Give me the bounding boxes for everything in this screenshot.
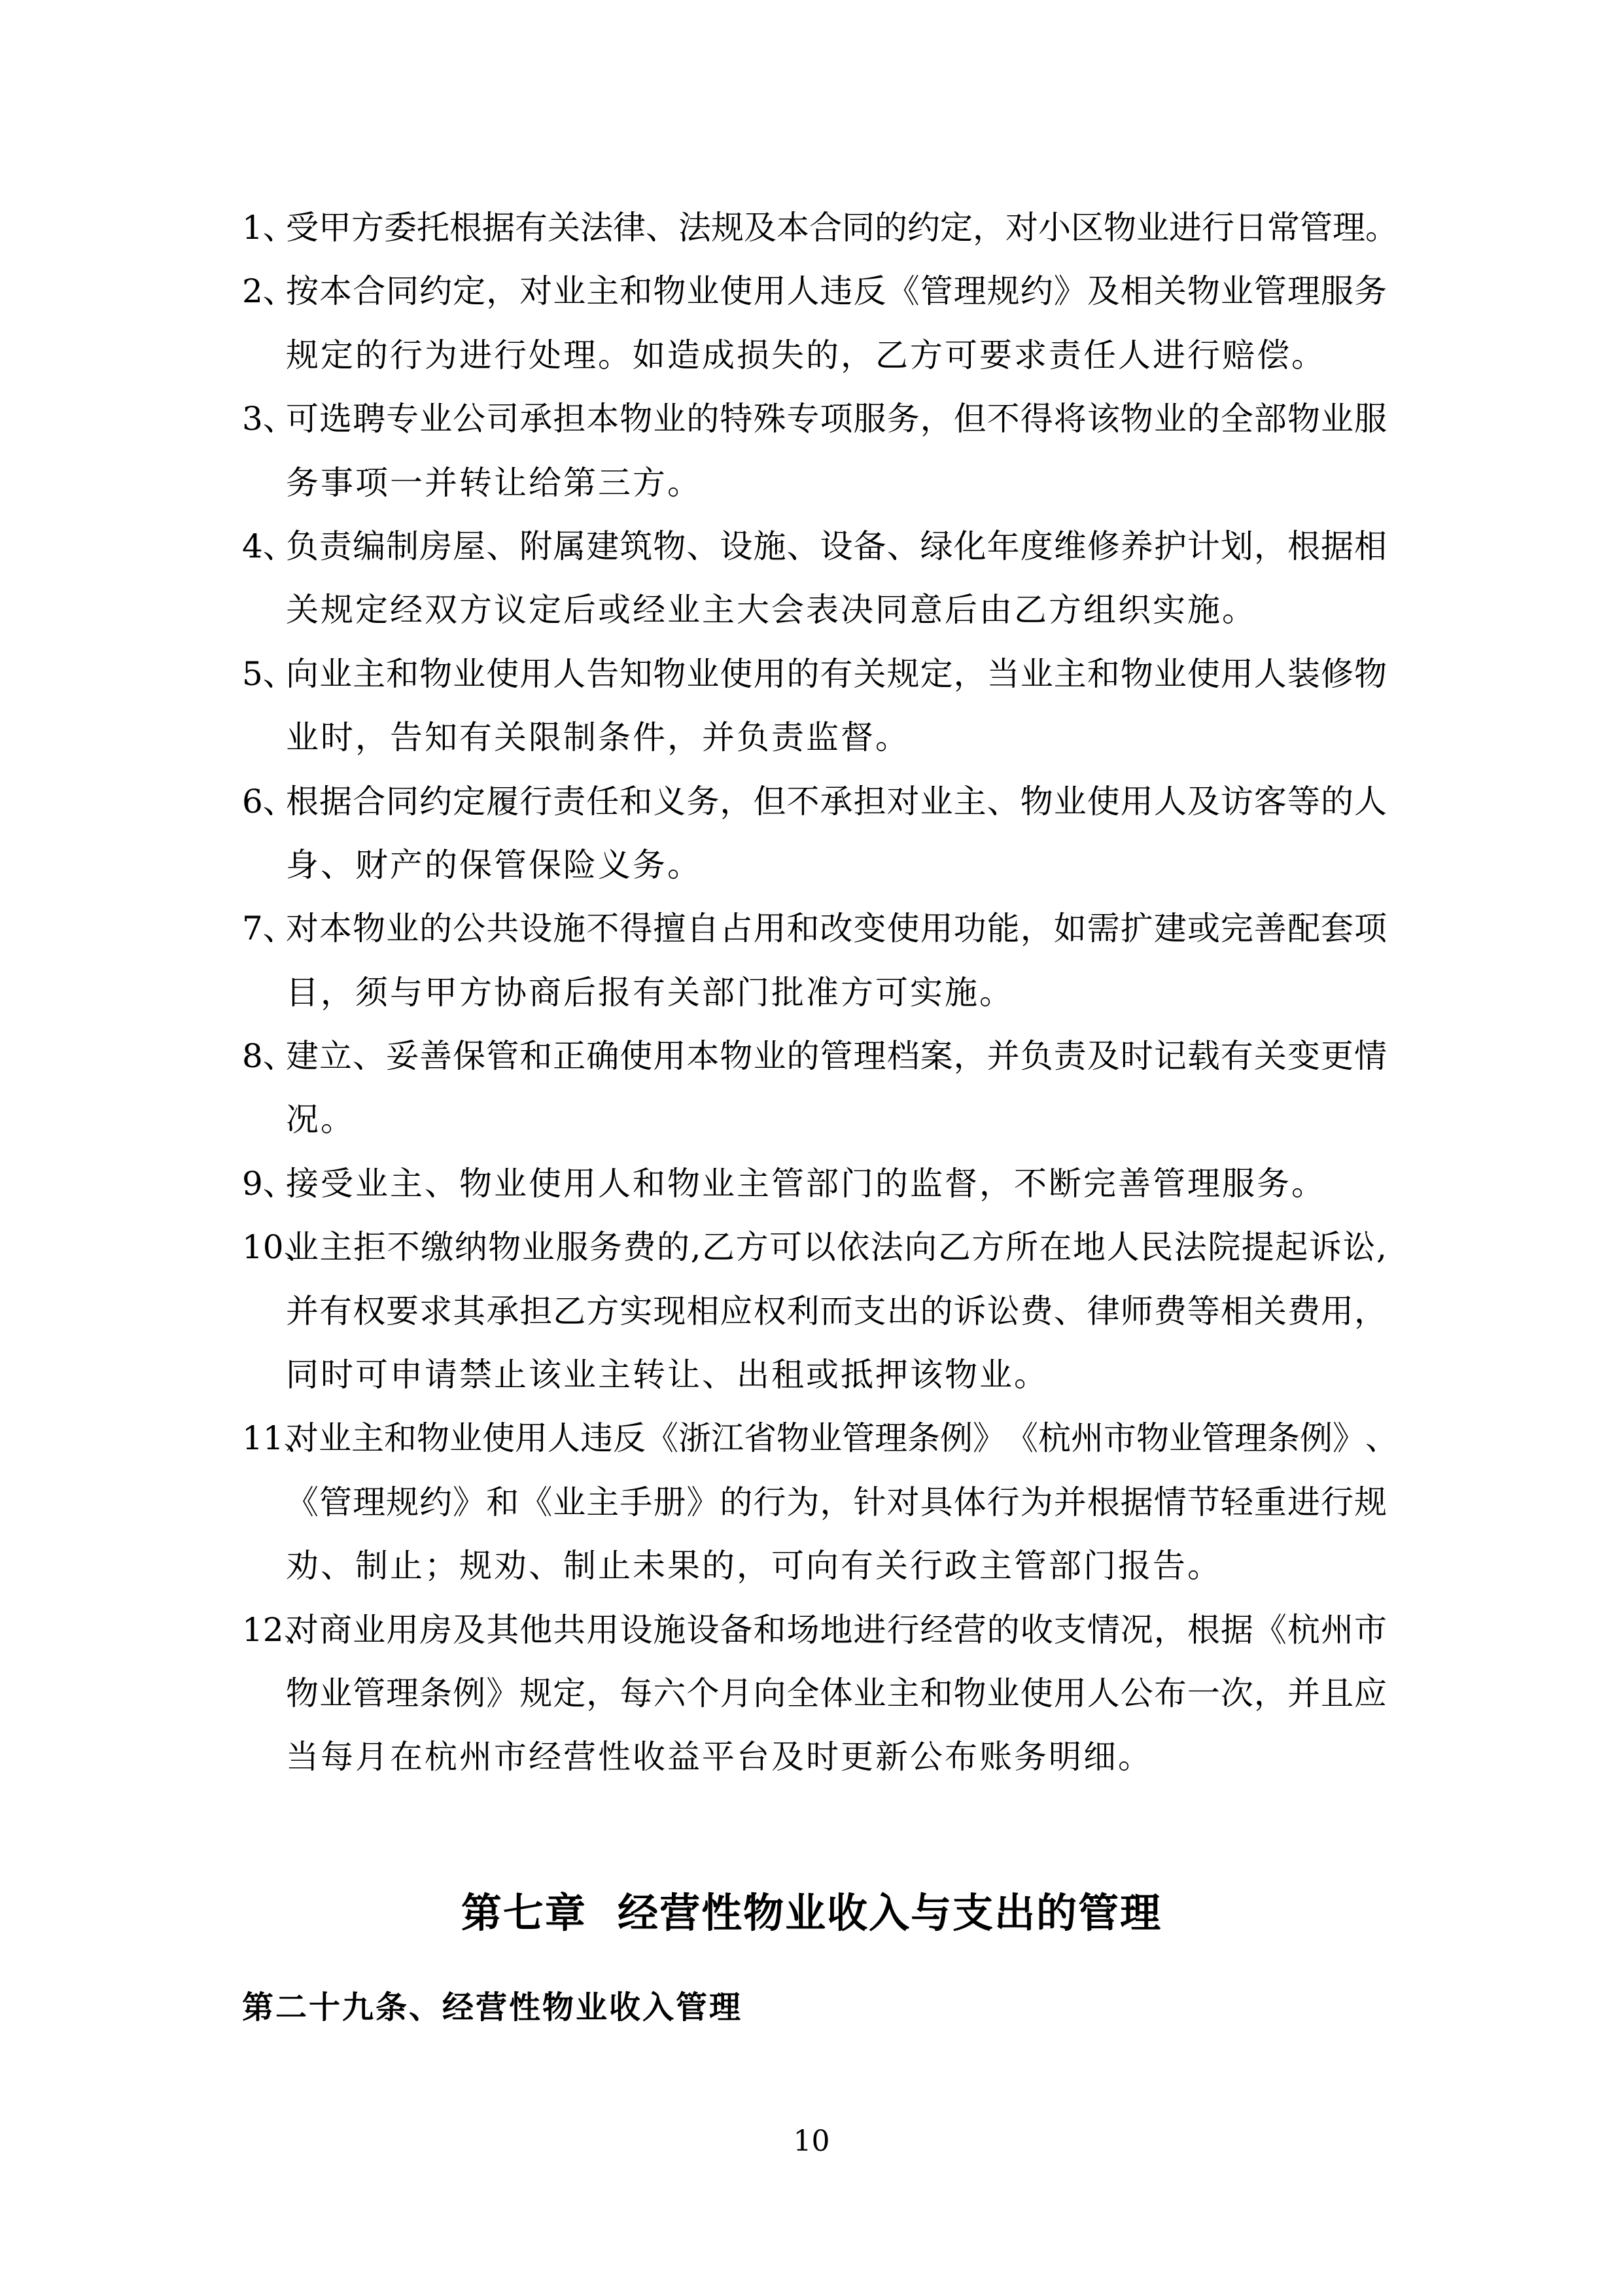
item-line: 接受业主、物业使用人和物业主管部门的监督，不断完善管理服务。: [286, 1152, 1387, 1216]
item-line: 况。: [286, 1088, 1387, 1152]
item-line: 当每月在杭州市经营性收益平台及时更新公布账务明细。: [286, 1725, 1387, 1789]
item-number: 10、: [242, 1216, 317, 1279]
section-heading: 第二十九条、经营性物业收入管理: [242, 1984, 742, 2031]
item-line: 规定的行为进行处理。如造成损失的，乙方可要求责任人进行赔偿。: [286, 324, 1387, 387]
item-number: 8、: [242, 1025, 296, 1088]
item-line: 受甲方委托根据有关法律、法规及本合同的约定，对小区物业进行日常管理。: [286, 196, 1387, 260]
list-item: 11、对业主和物业使用人违反《浙江省物业管理条例》《杭州市物业管理条例》、《管理…: [286, 1407, 1387, 1598]
item-number: 12、: [242, 1598, 317, 1662]
list-item: 1、受甲方委托根据有关法律、法规及本合同的约定，对小区物业进行日常管理。: [286, 196, 1387, 260]
page-number: 10: [0, 2122, 1623, 2161]
item-line: 务事项一并转让给第三方。: [286, 451, 1387, 515]
item-line: 业主拒不缴纳物业服务费的,乙方可以依法向乙方所在地人民法院提起诉讼,: [286, 1216, 1387, 1279]
item-line: 负责编制房屋、附属建筑物、设施、设备、绿化年度维修养护计划，根据相: [286, 515, 1387, 578]
item-line: 并有权要求其承担乙方实现相应权利而支出的诉讼费、律师费等相关费用，: [286, 1280, 1387, 1343]
chapter-heading: 第七章 经营性物业收入与支出的管理: [0, 1883, 1623, 1943]
item-line: 目，须与甲方协商后报有关部门批准方可实施。: [286, 961, 1387, 1025]
item-number: 3、: [242, 387, 296, 451]
item-line: 向业主和物业使用人告知物业使用的有关规定，当业主和物业使用人装修物: [286, 643, 1387, 706]
list-item: 10、业主拒不缴纳物业服务费的,乙方可以依法向乙方所在地人民法院提起诉讼,并有权…: [286, 1216, 1387, 1407]
item-line: 身、财产的保管保险义务。: [286, 834, 1387, 897]
list-item: 4、负责编制房屋、附属建筑物、设施、设备、绿化年度维修养护计划，根据相关规定经双…: [286, 515, 1387, 643]
item-line: 对商业用房及其他共用设施设备和场地进行经营的收支情况，根据《杭州市: [286, 1598, 1387, 1662]
item-line: 对本物业的公共设施不得擅自占用和改变使用功能，如需扩建或完善配套项: [286, 897, 1387, 961]
list-item: 5、向业主和物业使用人告知物业使用的有关规定，当业主和物业使用人装修物业时，告知…: [286, 643, 1387, 770]
item-line: 业时，告知有关限制条件，并负责监督。: [286, 706, 1387, 769]
list-item: 9、接受业主、物业使用人和物业主管部门的监督，不断完善管理服务。: [286, 1152, 1387, 1216]
item-line: 按本合同约定，对业主和物业使用人违反《管理规约》及相关物业管理服务: [286, 260, 1387, 323]
item-number: 7、: [242, 897, 296, 961]
item-line: 《管理规约》和《业主手册》的行为，针对具体行为并根据情节轻重进行规: [286, 1471, 1387, 1534]
item-line: 可选聘专业公司承担本物业的特殊专项服务，但不得将该物业的全部物业服: [286, 387, 1387, 451]
item-number: 1、: [242, 196, 296, 260]
item-line: 关规定经双方议定后或经业主大会表决同意后由乙方组织实施。: [286, 578, 1387, 642]
item-line: 建立、妥善保管和正确使用本物业的管理档案，并负责及时记载有关变更情: [286, 1025, 1387, 1088]
item-number: 9、: [242, 1152, 296, 1216]
list-item: 8、建立、妥善保管和正确使用本物业的管理档案，并负责及时记载有关变更情况。: [286, 1025, 1387, 1152]
item-line: 同时可申请禁止该业主转让、出租或抵押该物业。: [286, 1343, 1387, 1407]
item-number: 4、: [242, 515, 296, 578]
clause-list: 1、受甲方委托根据有关法律、法规及本合同的约定，对小区物业进行日常管理。2、按本…: [286, 196, 1387, 1790]
list-item: 6、根据合同约定履行责任和义务，但不承担对业主、物业使用人及访客等的人身、财产的…: [286, 770, 1387, 898]
list-item: 2、按本合同约定，对业主和物业使用人违反《管理规约》及相关物业管理服务规定的行为…: [286, 260, 1387, 387]
item-number: 6、: [242, 770, 296, 834]
item-line: 物业管理条例》规定，每六个月向全体业主和物业使用人公布一次，并且应: [286, 1662, 1387, 1725]
list-item: 3、可选聘专业公司承担本物业的特殊专项服务，但不得将该物业的全部物业服务事项一并…: [286, 387, 1387, 515]
item-number: 5、: [242, 643, 296, 706]
item-number: 2、: [242, 260, 296, 323]
item-line: 对业主和物业使用人违反《浙江省物业管理条例》《杭州市物业管理条例》、: [286, 1407, 1387, 1470]
item-line: 根据合同约定履行责任和义务，但不承担对业主、物业使用人及访客等的人: [286, 770, 1387, 834]
list-item: 7、对本物业的公共设施不得擅自占用和改变使用功能，如需扩建或完善配套项目，须与甲…: [286, 897, 1387, 1025]
document-page: 1、受甲方委托根据有关法律、法规及本合同的约定，对小区物业进行日常管理。2、按本…: [0, 0, 1623, 2296]
item-number: 11、: [242, 1407, 317, 1470]
item-line: 劝、制止；规劝、制止未果的，可向有关行政主管部门报告。: [286, 1534, 1387, 1598]
list-item: 12、对商业用房及其他共用设施设备和场地进行经营的收支情况，根据《杭州市物业管理…: [286, 1598, 1387, 1790]
